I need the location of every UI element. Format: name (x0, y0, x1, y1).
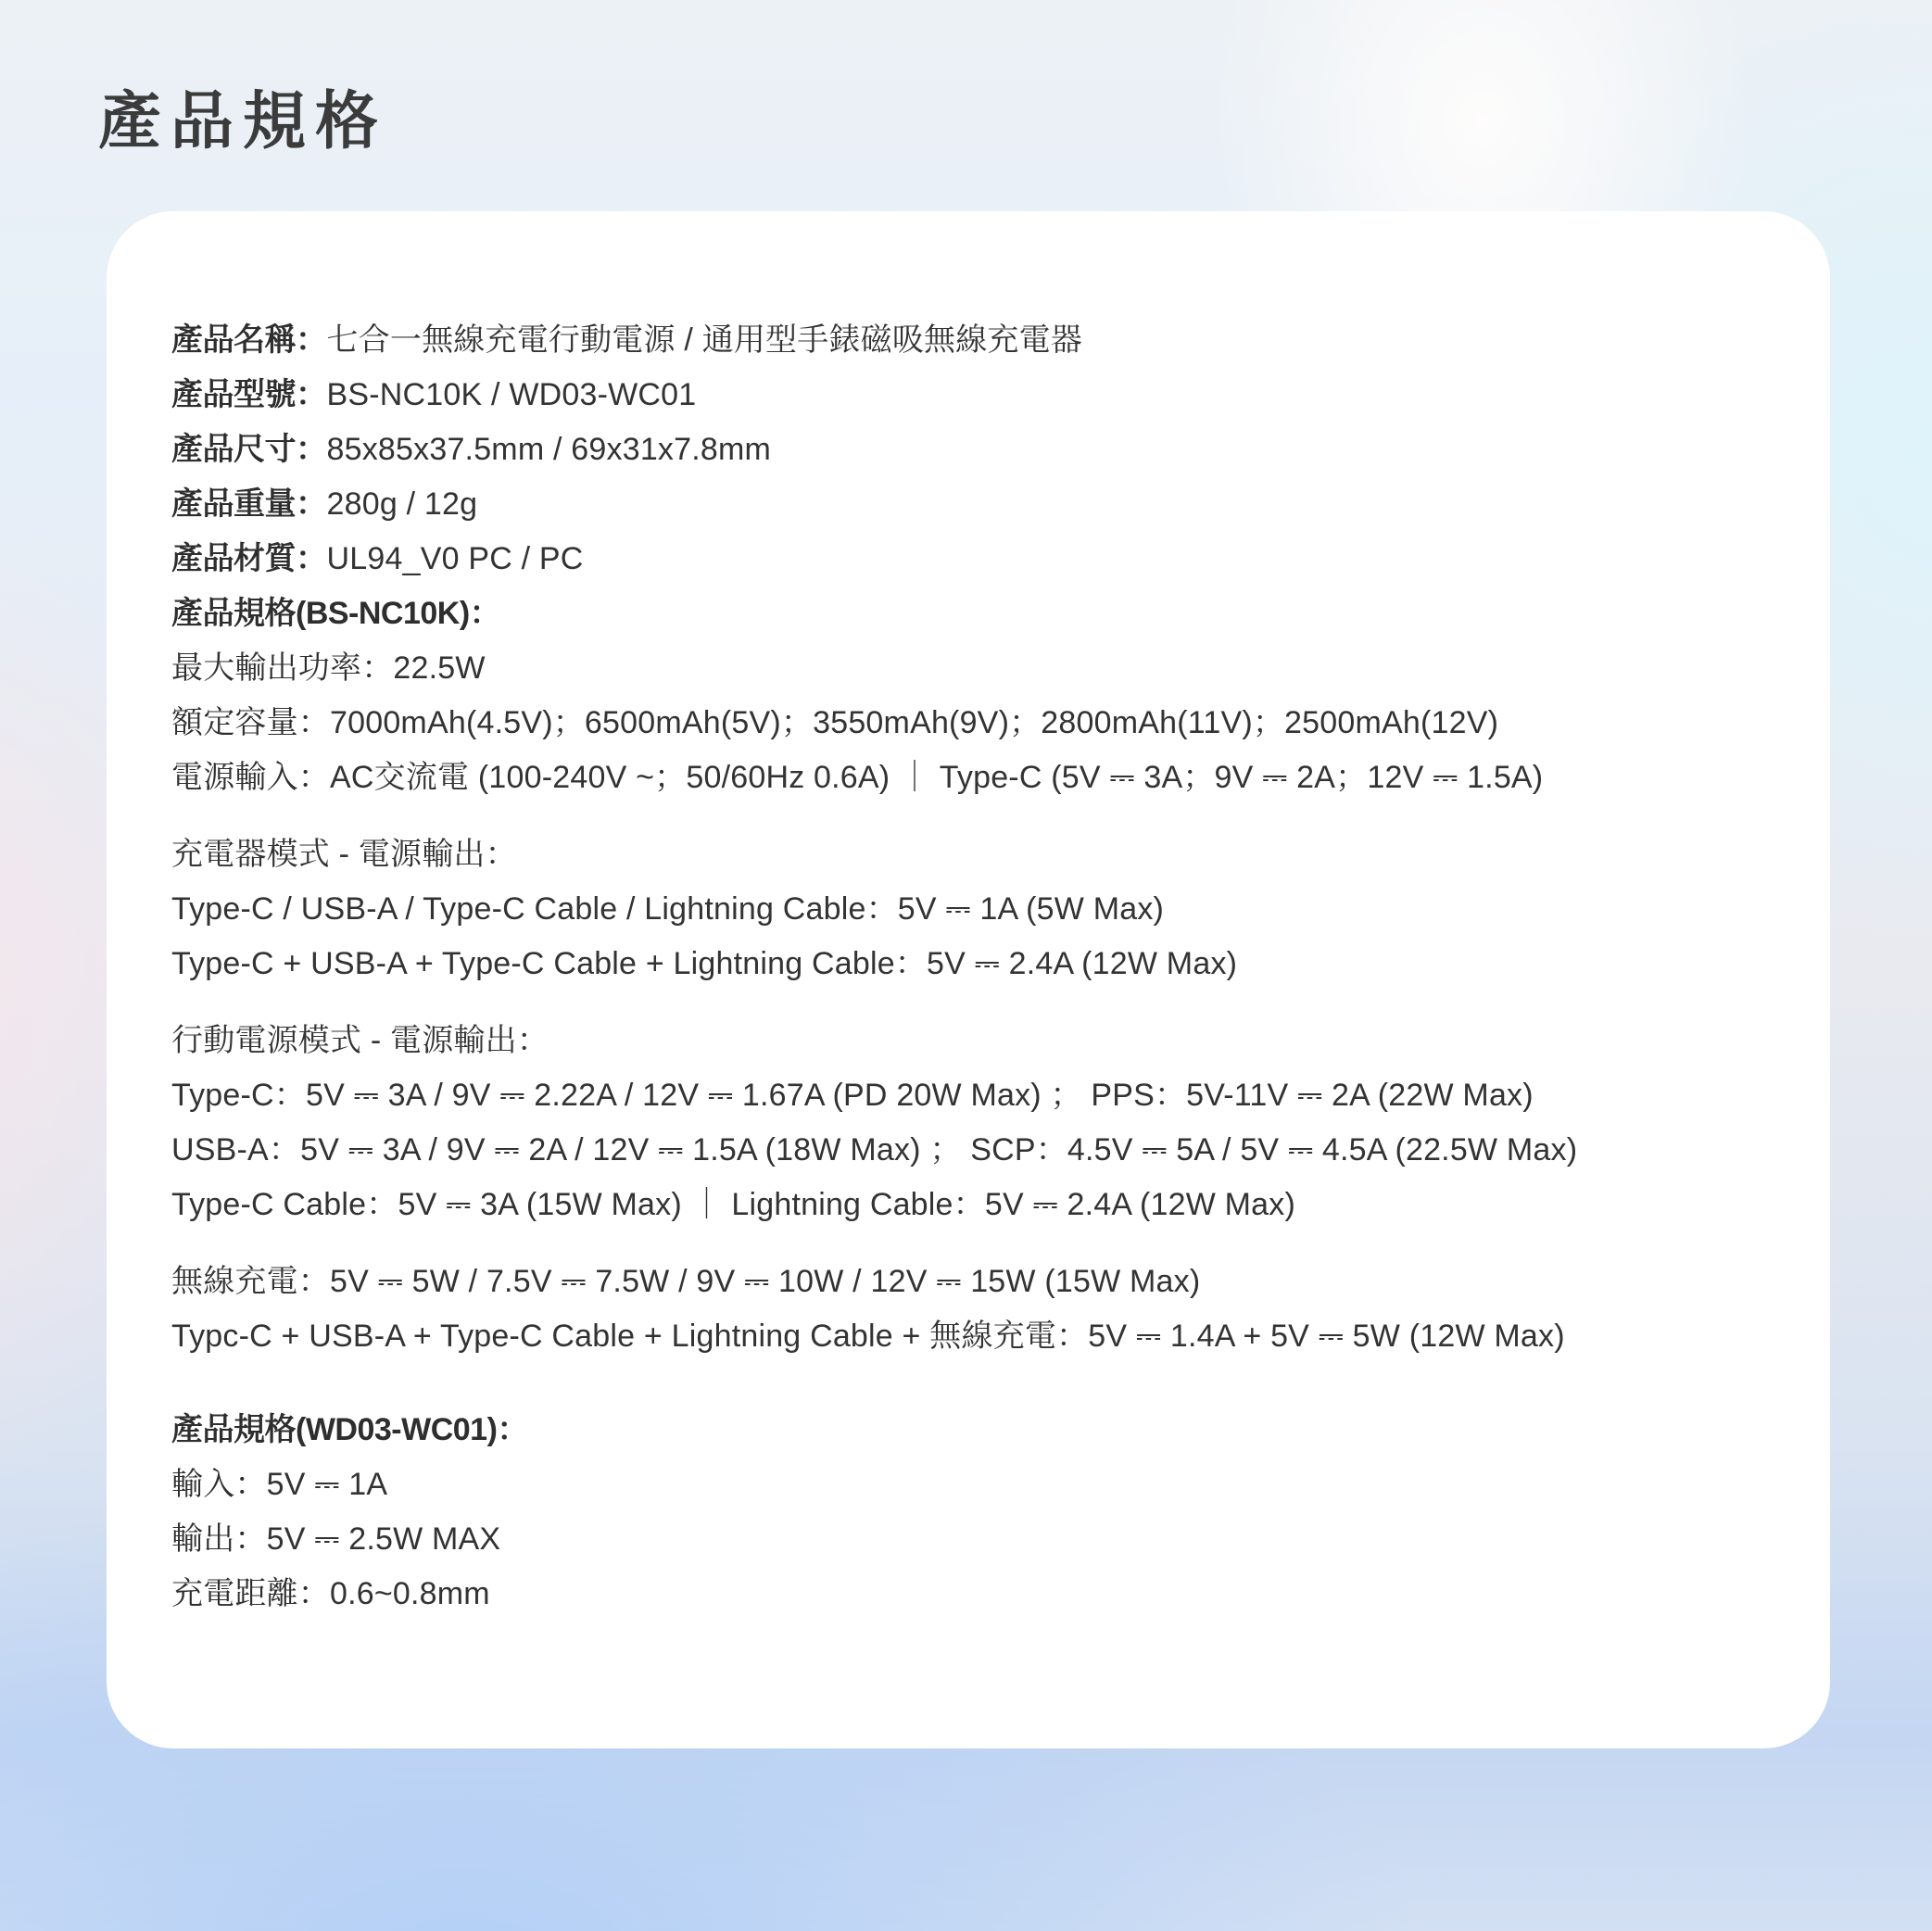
spec-max-output: 最大輸出功率：22.5W (171, 641, 1765, 696)
spec-value: 5V ⎓ 1A (267, 1467, 388, 1502)
watch-charger-heading: 產品規格(WD03-WC01)： (171, 1403, 1765, 1458)
watch-charger-specs: 產品規格(WD03-WC01)： 輸入：5V ⎓ 1A 輸出：5V ⎓ 2.5W… (171, 1403, 1765, 1622)
general-specs: 產品名稱：七合一無線充電行動電源 / 通用型手錶磁吸無線充電器 產品型號：BS-… (171, 313, 1765, 805)
spec-label: 充電距離： (171, 1576, 330, 1611)
spec-card: 產品名稱：七合一無線充電行動電源 / 通用型手錶磁吸無線充電器 產品型號：BS-… (107, 211, 1830, 1748)
spec-label: 產品名稱： (171, 322, 327, 358)
spec-rated-capacity: 額定容量：7000mAh(4.5V)；6500mAh(5V)；3550mAh(9… (171, 696, 1765, 751)
charger-mode-line: Type-C / USB-A / Type-C Cable / Lightnin… (171, 882, 1765, 937)
spec-label: 產品尺寸： (171, 432, 327, 467)
spec-value: 7000mAh(4.5V)；6500mAh(5V)；3550mAh(9V)；28… (330, 705, 1498, 740)
power-bank-mode-line: Type-C Cable：5V ⎓ 3A (15W Max) ｜ Lightni… (171, 1178, 1765, 1232)
spec-label: 最大輸出功率： (171, 650, 393, 686)
spec-dimensions: 產品尺寸：85x85x37.5mm / 69x31x7.8mm (171, 423, 1765, 477)
spec-model-number: 產品型號：BS-NC10K / WD03-WC01 (171, 368, 1765, 423)
spec-value: 22.5W (393, 650, 485, 686)
charger-mode-heading: 充電器模式 - 電源輸出： (171, 827, 1765, 882)
spec-section-heading: 產品規格(BS-NC10K)： (171, 596, 500, 631)
wireless-charging-specs: 無線充電：5V ⎓ 5W / 7.5V ⎓ 7.5W / 9V ⎓ 10W / … (171, 1255, 1765, 1364)
spec-value: AC交流電 (100-240V ~；50/60Hz 0.6A) ｜ Type-C… (330, 760, 1543, 795)
power-bank-mode-line: Type-C：5V ⎓ 3A / 9V ⎓ 2.22A / 12V ⎓ 1.67… (171, 1068, 1765, 1123)
spec-label: 電源輸入： (171, 760, 330, 795)
watch-charger-input: 輸入：5V ⎓ 1A (171, 1458, 1765, 1512)
spec-section-heading: 產品規格(WD03-WC01)： (171, 1412, 528, 1447)
spec-label: 額定容量： (171, 705, 330, 740)
spec-label: 產品材質： (171, 541, 327, 576)
spec-power-input: 電源輸入：AC交流電 (100-240V ~；50/60Hz 0.6A) ｜ T… (171, 751, 1765, 805)
wireless-charging-line: Typc-C + USB-A + Type-C Cable + Lightnin… (171, 1309, 1765, 1364)
spec-value: 0.6~0.8mm (330, 1576, 490, 1611)
spec-material: 產品材質：UL94_V0 PC / PC (171, 532, 1765, 587)
power-bank-mode-heading: 行動電源模式 - 電源輸出： (171, 1014, 1765, 1068)
spec-label: 產品重量： (171, 486, 327, 522)
wireless-charging-line: 無線充電：5V ⎓ 5W / 7.5V ⎓ 7.5W / 9V ⎓ 10W / … (171, 1255, 1765, 1309)
spec-value: 280g / 12g (327, 486, 478, 522)
spec-label: 輸入： (171, 1467, 267, 1502)
spec-value: BS-NC10K / WD03-WC01 (327, 377, 697, 412)
spec-value: UL94_V0 PC / PC (327, 541, 584, 576)
spec-weight: 產品重量：280g / 12g (171, 477, 1765, 532)
watch-charger-distance: 充電距離：0.6~0.8mm (171, 1567, 1765, 1622)
spec-value: 85x85x37.5mm / 69x31x7.8mm (327, 432, 772, 467)
page-title: 產品規格 (98, 91, 387, 154)
spec-heading-bs-nc10k: 產品規格(BS-NC10K)： (171, 587, 1765, 641)
spec-label: 產品型號： (171, 377, 327, 412)
power-bank-mode-line: USB-A：5V ⎓ 3A / 9V ⎓ 2A / 12V ⎓ 1.5A (18… (171, 1123, 1765, 1178)
power-bank-mode-specs: 行動電源模式 - 電源輸出： Type-C：5V ⎓ 3A / 9V ⎓ 2.2… (171, 1014, 1765, 1232)
charger-mode-specs: 充電器模式 - 電源輸出： Type-C / USB-A / Type-C Ca… (171, 827, 1765, 991)
spec-product-name: 產品名稱：七合一無線充電行動電源 / 通用型手錶磁吸無線充電器 (171, 313, 1765, 368)
watch-charger-output: 輸出：5V ⎓ 2.5W MAX (171, 1512, 1765, 1567)
spec-value: 七合一無線充電行動電源 / 通用型手錶磁吸無線充電器 (327, 322, 1083, 358)
charger-mode-line: Type-C + USB-A + Type-C Cable + Lightnin… (171, 937, 1765, 991)
spec-value: 5V ⎓ 2.5W MAX (267, 1521, 501, 1557)
spec-label: 輸出： (171, 1521, 267, 1557)
